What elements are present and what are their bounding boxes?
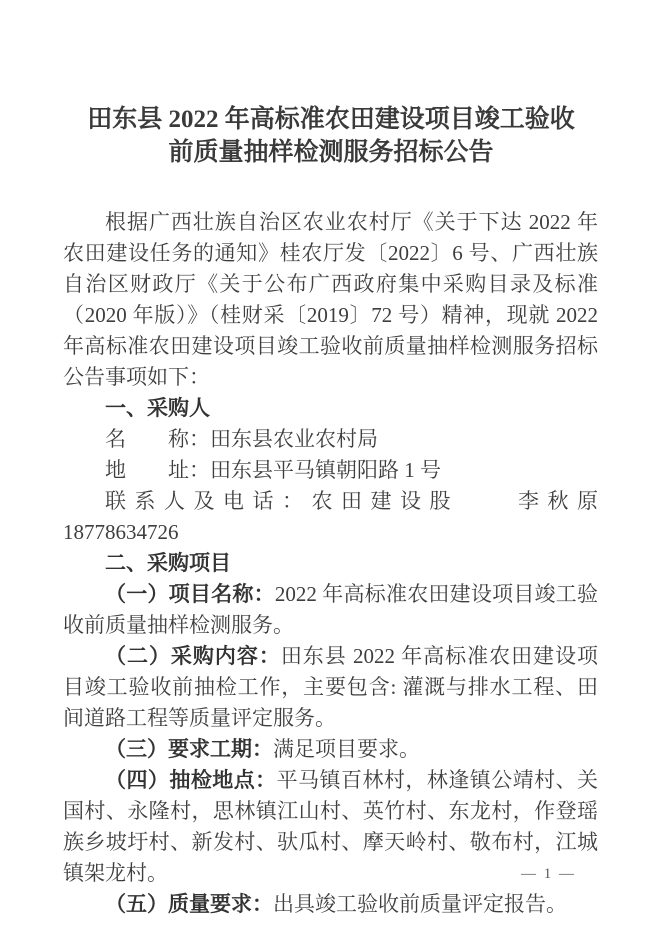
project-item-quality: （五）质量要求：出具竣工验收前质量评定报告。 — [63, 889, 598, 920]
item-label-quality-requirement: （五）质量要求： — [105, 892, 273, 916]
document-title-line-2: 前质量抽样检测服务招标公告 — [0, 136, 662, 169]
document-title-line-1: 田东县 2022 年高标准农田建设项目竣工验收 — [0, 103, 662, 136]
project-item-locations: （四）抽检地点：平马镇百林村，林逢镇公靖村、关国村、永隆村，思林镇江山村、英竹村… — [63, 765, 598, 889]
item-text-quality-requirement: 出具竣工验收前质量评定报告。 — [273, 892, 567, 916]
purchaser-contact-line: 联系人及电话：农田建设股 李秋原 18778634726 — [63, 486, 598, 548]
item-label-required-schedule: （三）要求工期： — [105, 737, 273, 761]
purchaser-name-line: 名 称：田东县农业农村局 — [63, 424, 598, 455]
section-heading-project: 二、采购项目 — [63, 548, 598, 579]
project-item-content: （二）采购内容：田东县 2022 年高标准农田建设项目竣工验收前抽检工作，主要包… — [63, 641, 598, 734]
item-label-procurement-content: （二）采购内容： — [105, 644, 281, 668]
intro-paragraph: 根据广西壮族自治区农业农村厅《关于下达 2022 年农田建设任务的通知》桂农厅发… — [63, 207, 598, 393]
project-item-schedule: （三）要求工期：满足项目要求。 — [63, 734, 598, 765]
page-number: — 1 — — [521, 866, 576, 883]
section-heading-purchaser: 一、采购人 — [63, 393, 598, 424]
document-title: 田东县 2022 年高标准农田建设项目竣工验收 前质量抽样检测服务招标公告 — [0, 0, 662, 169]
item-label-inspection-locations: （四）抽检地点： — [105, 768, 277, 792]
purchaser-address-line: 地 址：田东县平马镇朝阳路 1 号 — [63, 455, 598, 486]
document-body: 根据广西壮族自治区农业农村厅《关于下达 2022 年农田建设任务的通知》桂农厅发… — [63, 207, 598, 920]
item-label-project-name: （一）项目名称： — [105, 582, 275, 606]
document-page: 田东县 2022 年高标准农田建设项目竣工验收 前质量抽样检测服务招标公告 根据… — [0, 0, 662, 936]
item-text-required-schedule: 满足项目要求。 — [273, 737, 420, 761]
project-item-name: （一）项目名称：2022 年高标准农田建设项目竣工验收前质量抽样检测服务。 — [63, 579, 598, 641]
